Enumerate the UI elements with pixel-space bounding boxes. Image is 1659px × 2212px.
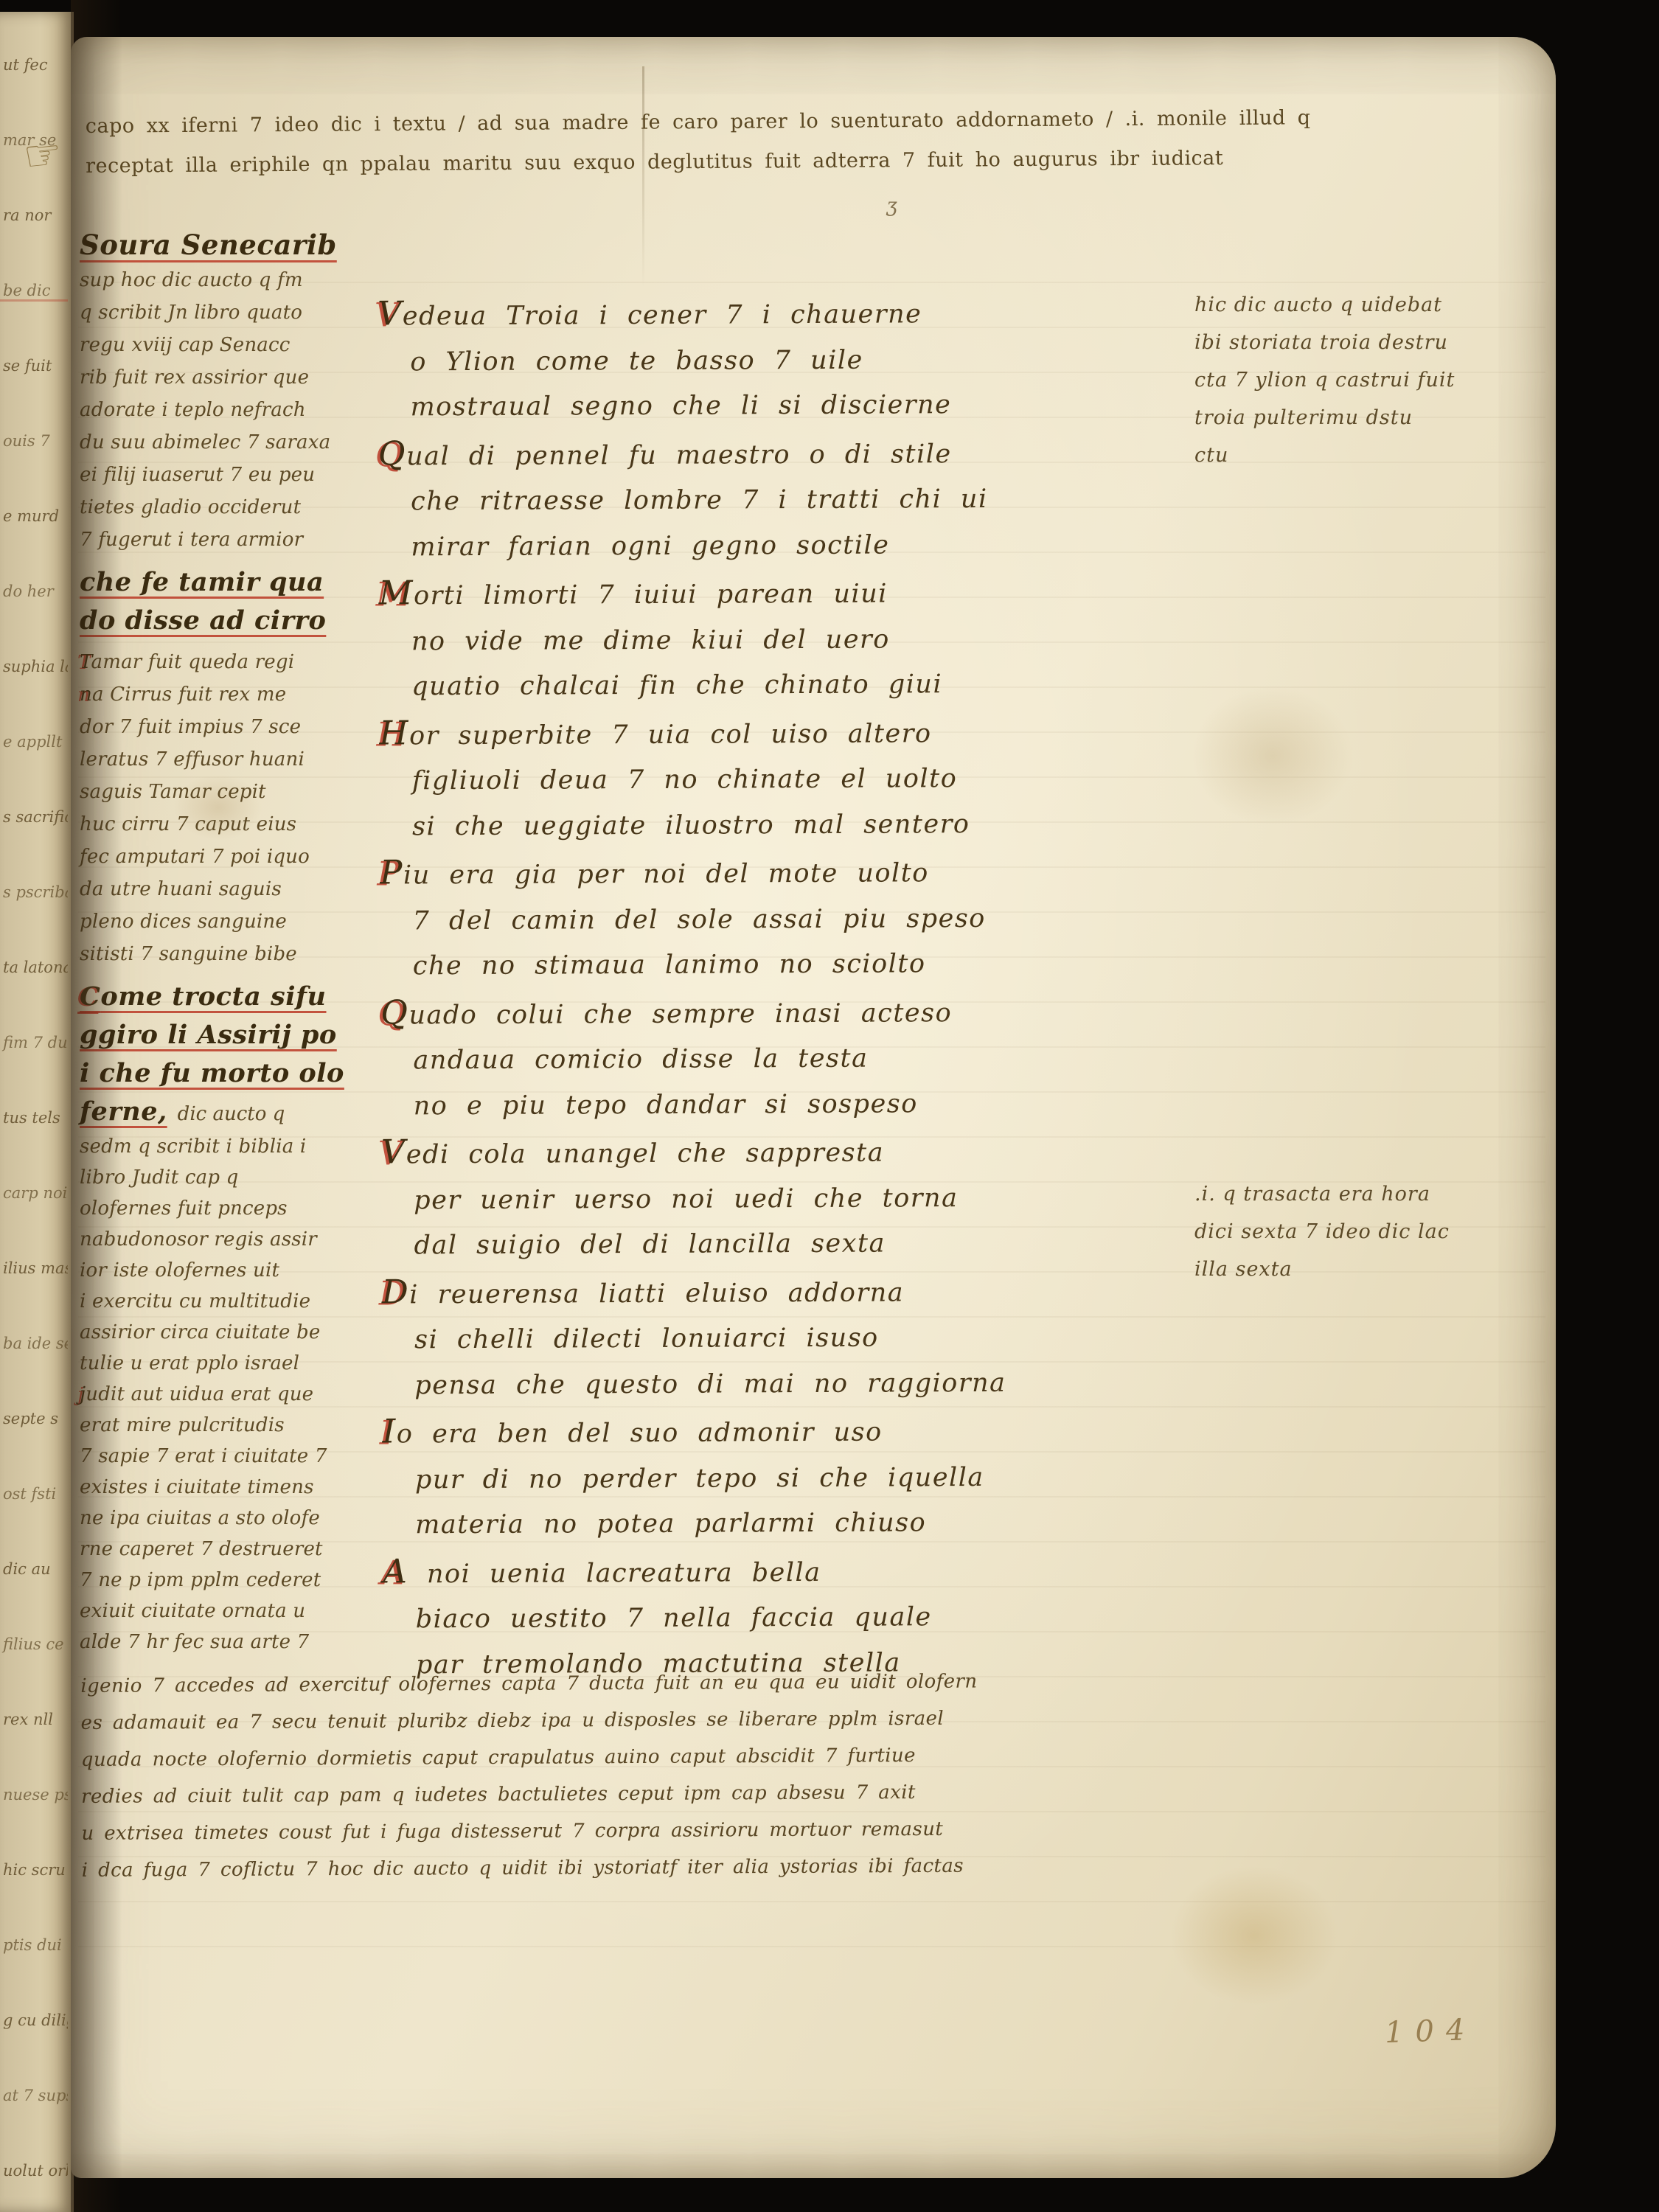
spine-text-fragment: ra nor <box>0 206 68 224</box>
spine-text-fragment: ilius mas <box>0 1259 68 1277</box>
left-commentary-column: Soura Senecarib sup hoc dic aucto q fm q… <box>80 226 376 1658</box>
rubric-header-tomyris: che fe tamir qua <box>80 563 376 602</box>
gloss-line: illa sexta <box>1194 1251 1548 1288</box>
spine-text-fragment: dic au <box>0 1560 68 1578</box>
bottom-commentary-block: igenio 7 accedes ad exercituf olofernes … <box>80 1662 1188 1889</box>
verse-line: Hor superbite 7 uia col uiso altero <box>379 706 1227 759</box>
rubric-header-tomyris: do disse ad cirro <box>80 602 376 640</box>
spine-text-fragment: ta latona <box>0 959 68 976</box>
top-margin-gloss: capo xx iferni 7 ideo dic i textu / ad s… <box>86 97 1537 187</box>
gloss-line: leratus 7 effusor huani <box>80 743 376 776</box>
gloss-line: libro Judit cap q <box>80 1162 376 1193</box>
right-margin-gloss-troy: hic dic aucto q uidebat ibi storiata tro… <box>1194 286 1548 474</box>
verse-line: Di reuerensa liatti eluiso addorna <box>382 1265 1230 1318</box>
gloss-line: tulie u erat pplo israel <box>80 1348 376 1379</box>
verse-line: Quado colui che sempre inasi acteso <box>380 986 1228 1039</box>
photograph-background: ut fec mar se ra nor be dic se fuit ouis… <box>0 0 1659 2212</box>
parchment-stain <box>1169 1865 1339 2006</box>
spine-text-fragment: do her <box>0 582 68 600</box>
verse-line: che no stimaua lanimo no sciolto <box>380 940 1228 990</box>
right-margin-gloss-sixth-hour: .i. q trasacta era hora dici sexta 7 ide… <box>1194 1175 1548 1288</box>
gloss-line: pleno dices sanguine <box>80 905 376 938</box>
verse-line: o Ylion come te basso 7 uile <box>378 336 1225 386</box>
verse-line: Qual di pennel fu maestro o di stile <box>378 427 1226 480</box>
gloss-line: i dca fuga 7 coflictu 7 hoc dic aucto q … <box>82 1846 1188 1889</box>
verse-line: A noi uenia lacreatura bella <box>383 1545 1231 1598</box>
spine-text-fragment: be dic <box>0 282 68 299</box>
spine-text-fragment: carp noie <box>0 1184 68 1202</box>
spine-text-fragment: s pscriba <box>0 883 68 901</box>
gloss-line: 7 fugerut i tera armior <box>80 524 376 556</box>
gloss-line: ior iste olofernes uit <box>80 1255 376 1286</box>
gloss-line: rib fuit rex assirior que <box>80 361 376 394</box>
spine-text-fragment: g cu dilig <box>0 2011 68 2029</box>
rubric-header-sennacherib: Soura Senecarib <box>80 226 376 264</box>
gloss-line: saguis Tamar cepit <box>80 776 376 808</box>
rubric-header-holofernes: i che fu morto olo <box>80 1054 376 1093</box>
gloss-line: alde 7 hr fec sua arte 7 <box>80 1627 376 1658</box>
gloss-line: sedm q scribit i biblia i <box>80 1131 376 1162</box>
verse-line: si che ueggiate iluostro mal sentero <box>380 801 1228 850</box>
gloss-line: na Cirrus fuit rex me <box>80 678 376 711</box>
gloss-line: olofernes fuit pnceps <box>80 1193 376 1224</box>
gloss-line: du suu abimelec 7 saraxa <box>80 426 376 459</box>
gloss-line: 7 ne p ipm pplm cederet <box>80 1565 376 1596</box>
verse-line: quatio chalcai fin che chinato giui <box>379 661 1227 710</box>
rubric-header-holofernes: Come trocta sifu <box>80 978 376 1016</box>
gloss-line: es adamauit ea 7 secu tenuit pluribz die… <box>80 1699 1186 1742</box>
spine-text-fragment: nuese psi <box>0 1786 68 1804</box>
manuscript-page: ☞ capo xx iferni 7 ideo dic i textu / ad… <box>71 37 1556 2178</box>
spine-text-fragment: uolut orb <box>0 2162 68 2180</box>
previous-page-edge: ut fec mar se ra nor be dic se fuit ouis… <box>0 12 74 2212</box>
gloss-line: judit aut uidua erat que <box>80 1379 376 1410</box>
gloss-line: nabudonosor regis assir <box>80 1224 376 1255</box>
spine-text-fragment: se fuit <box>0 357 68 375</box>
verse-line: mirar farian ogni gegno soctile <box>378 521 1226 571</box>
spine-text-fragment: septe s <box>0 1410 68 1427</box>
verse-line: andaua comicio disse la testa <box>380 1034 1228 1084</box>
spine-text-fragment: filius ce <box>0 1635 68 1653</box>
verse-line: materia no potea parlarmi chiuso <box>383 1499 1231 1548</box>
verse-line: che ritraesse lombre 7 i tratti chi ui <box>378 476 1226 525</box>
spine-text-fragment: ost fsti <box>0 1485 68 1503</box>
gloss-line: troia pulterimu dstu <box>1194 399 1548 437</box>
spine-text-fragment: at 7 sups <box>0 2087 68 2104</box>
spine-text-fragment: suphia la <box>0 658 68 675</box>
verse-line: Piu era gia per noi del mote uolto <box>380 846 1228 899</box>
gloss-line: ne ipa ciuitas a sto olofe <box>80 1503 376 1534</box>
gloss-line: dor 7 fuit impius 7 sce <box>80 711 376 743</box>
verse-line: Vedi cola unangel che sappresta <box>381 1125 1229 1178</box>
gloss-line: .i. q trasacta era hora <box>1194 1175 1548 1213</box>
gloss-line: ibi storiata troia destru <box>1194 324 1548 361</box>
gloss-line: exiuit ciuitate ornata u <box>80 1596 376 1627</box>
gloss-line: redies ad ciuit tulit cap pam q iudetes … <box>81 1773 1187 1815</box>
gloss-line: 7 sapie 7 erat i ciuitate 7 <box>80 1441 376 1472</box>
verse-line: no e piu tepo dandar si sospeso <box>381 1080 1229 1130</box>
spine-text-fragment: ut fec <box>0 56 68 74</box>
gloss-line: erat mire pulcritudis <box>80 1410 376 1441</box>
verse-line: dal suigio del di lancilla sexta <box>381 1220 1229 1269</box>
gloss-line: tietes gladio occiderut <box>80 491 376 524</box>
gloss-line: regu xviij cap Senacc <box>80 329 376 361</box>
gloss-line: assirior circa ciuitate be <box>80 1317 376 1348</box>
gloss-line: q scribit Jn libro quato <box>80 296 376 329</box>
rubric-header-holofernes-tail: ferne, dic aucto q <box>80 1093 376 1131</box>
gloss-line: dici sexta 7 ideo dic lac <box>1194 1213 1548 1251</box>
gloss-line: quada nocte olofernio dormietis caput cr… <box>81 1736 1187 1778</box>
gloss-line: fec amputari 7 poi iquo <box>80 841 376 873</box>
verse-line: si chelli dilecti lonuiarci isuso <box>382 1314 1230 1363</box>
verse-line: Morti limorti 7 iuiui parean uiui <box>379 566 1227 619</box>
previous-page-text-fragments: ut fec mar se ra nor be dic se fuit ouis… <box>0 56 68 2180</box>
spine-text-fragment: tus tels <box>0 1109 68 1127</box>
dante-verse-column: Vedeua Troia i cener 7 i chauerne o Ylio… <box>378 288 1231 1688</box>
spine-text-fragment: hic scru <box>0 1861 68 1879</box>
gloss-line: i exercitu cu multitudie <box>80 1286 376 1317</box>
gloss-line: igenio 7 accedes ad exercituf olofernes … <box>80 1662 1186 1705</box>
gloss-line: hic dic aucto q uidebat <box>1194 286 1548 324</box>
verse-line: no vide me dime kiui del uero <box>379 616 1227 665</box>
verse-line: biaco uestito 7 nella faccia quale <box>383 1593 1231 1643</box>
gloss-line: adorate i teplo nefrach <box>80 394 376 426</box>
gloss-line: Tamar fuit queda regi <box>80 646 376 678</box>
gloss-line: u extrisea timetes coust fut i fuga dist… <box>81 1809 1187 1852</box>
spine-text-fragment: ouis 7 <box>0 432 68 450</box>
verse-line: pensa che questo di mai no raggiorna <box>382 1360 1230 1409</box>
folio-number: 104 <box>1384 2013 1477 2050</box>
gloss-line: ei filij iuaserut 7 eu peu <box>80 459 376 491</box>
spine-text-fragment: rex nll <box>0 1711 68 1728</box>
spine-text-fragment: fim 7 du <box>0 1034 68 1051</box>
gloss-line: sup hoc dic aucto q fm <box>80 264 376 296</box>
gloss-line: existes i ciuitate timens <box>80 1472 376 1503</box>
gloss-line: huc cirru 7 caput eius <box>80 808 376 841</box>
verse-line: per uenir uerso noi uedi che torna <box>381 1175 1229 1224</box>
verse-line: Vedeua Troia i cener 7 i chauerne <box>378 288 1225 341</box>
spine-text-fragment: ba ide se <box>0 1335 68 1352</box>
gloss-line: sitisti 7 sanguine bibe <box>80 938 376 970</box>
verse-line: mostraual segno che li si discierne <box>378 381 1225 431</box>
paragraph-mark: ʒ <box>886 195 897 217</box>
spine-text-fragment: e appllt <box>0 733 68 751</box>
rubric-header-holofernes: ggiro li Assirij po <box>80 1016 376 1054</box>
verse-line: Io era ben del suo admonir uso <box>382 1405 1230 1458</box>
gutter-shadow <box>71 0 122 2212</box>
verse-line: figliuoli deua 7 no chinate el uolto <box>380 755 1228 804</box>
gloss-line: ctu <box>1194 437 1548 474</box>
verse-line: 7 del camin del sole assai piu speso <box>380 895 1228 945</box>
spine-text-fragment: ptis dui <box>0 1936 68 1954</box>
gloss-line: da utre huani saguis <box>80 873 376 905</box>
verse-line: pur di no perder tepo si che iquella <box>383 1454 1231 1503</box>
gloss-line: cta 7 ylion q castrui fuit <box>1194 361 1548 399</box>
spine-text-fragment: s sacrifici <box>0 808 68 826</box>
manicule-icon: ☞ <box>21 128 65 181</box>
gloss-line: dic aucto q <box>178 1103 285 1125</box>
gloss-line: rne caperet 7 destrueret <box>80 1534 376 1565</box>
spine-text-fragment: e murd <box>0 507 68 525</box>
